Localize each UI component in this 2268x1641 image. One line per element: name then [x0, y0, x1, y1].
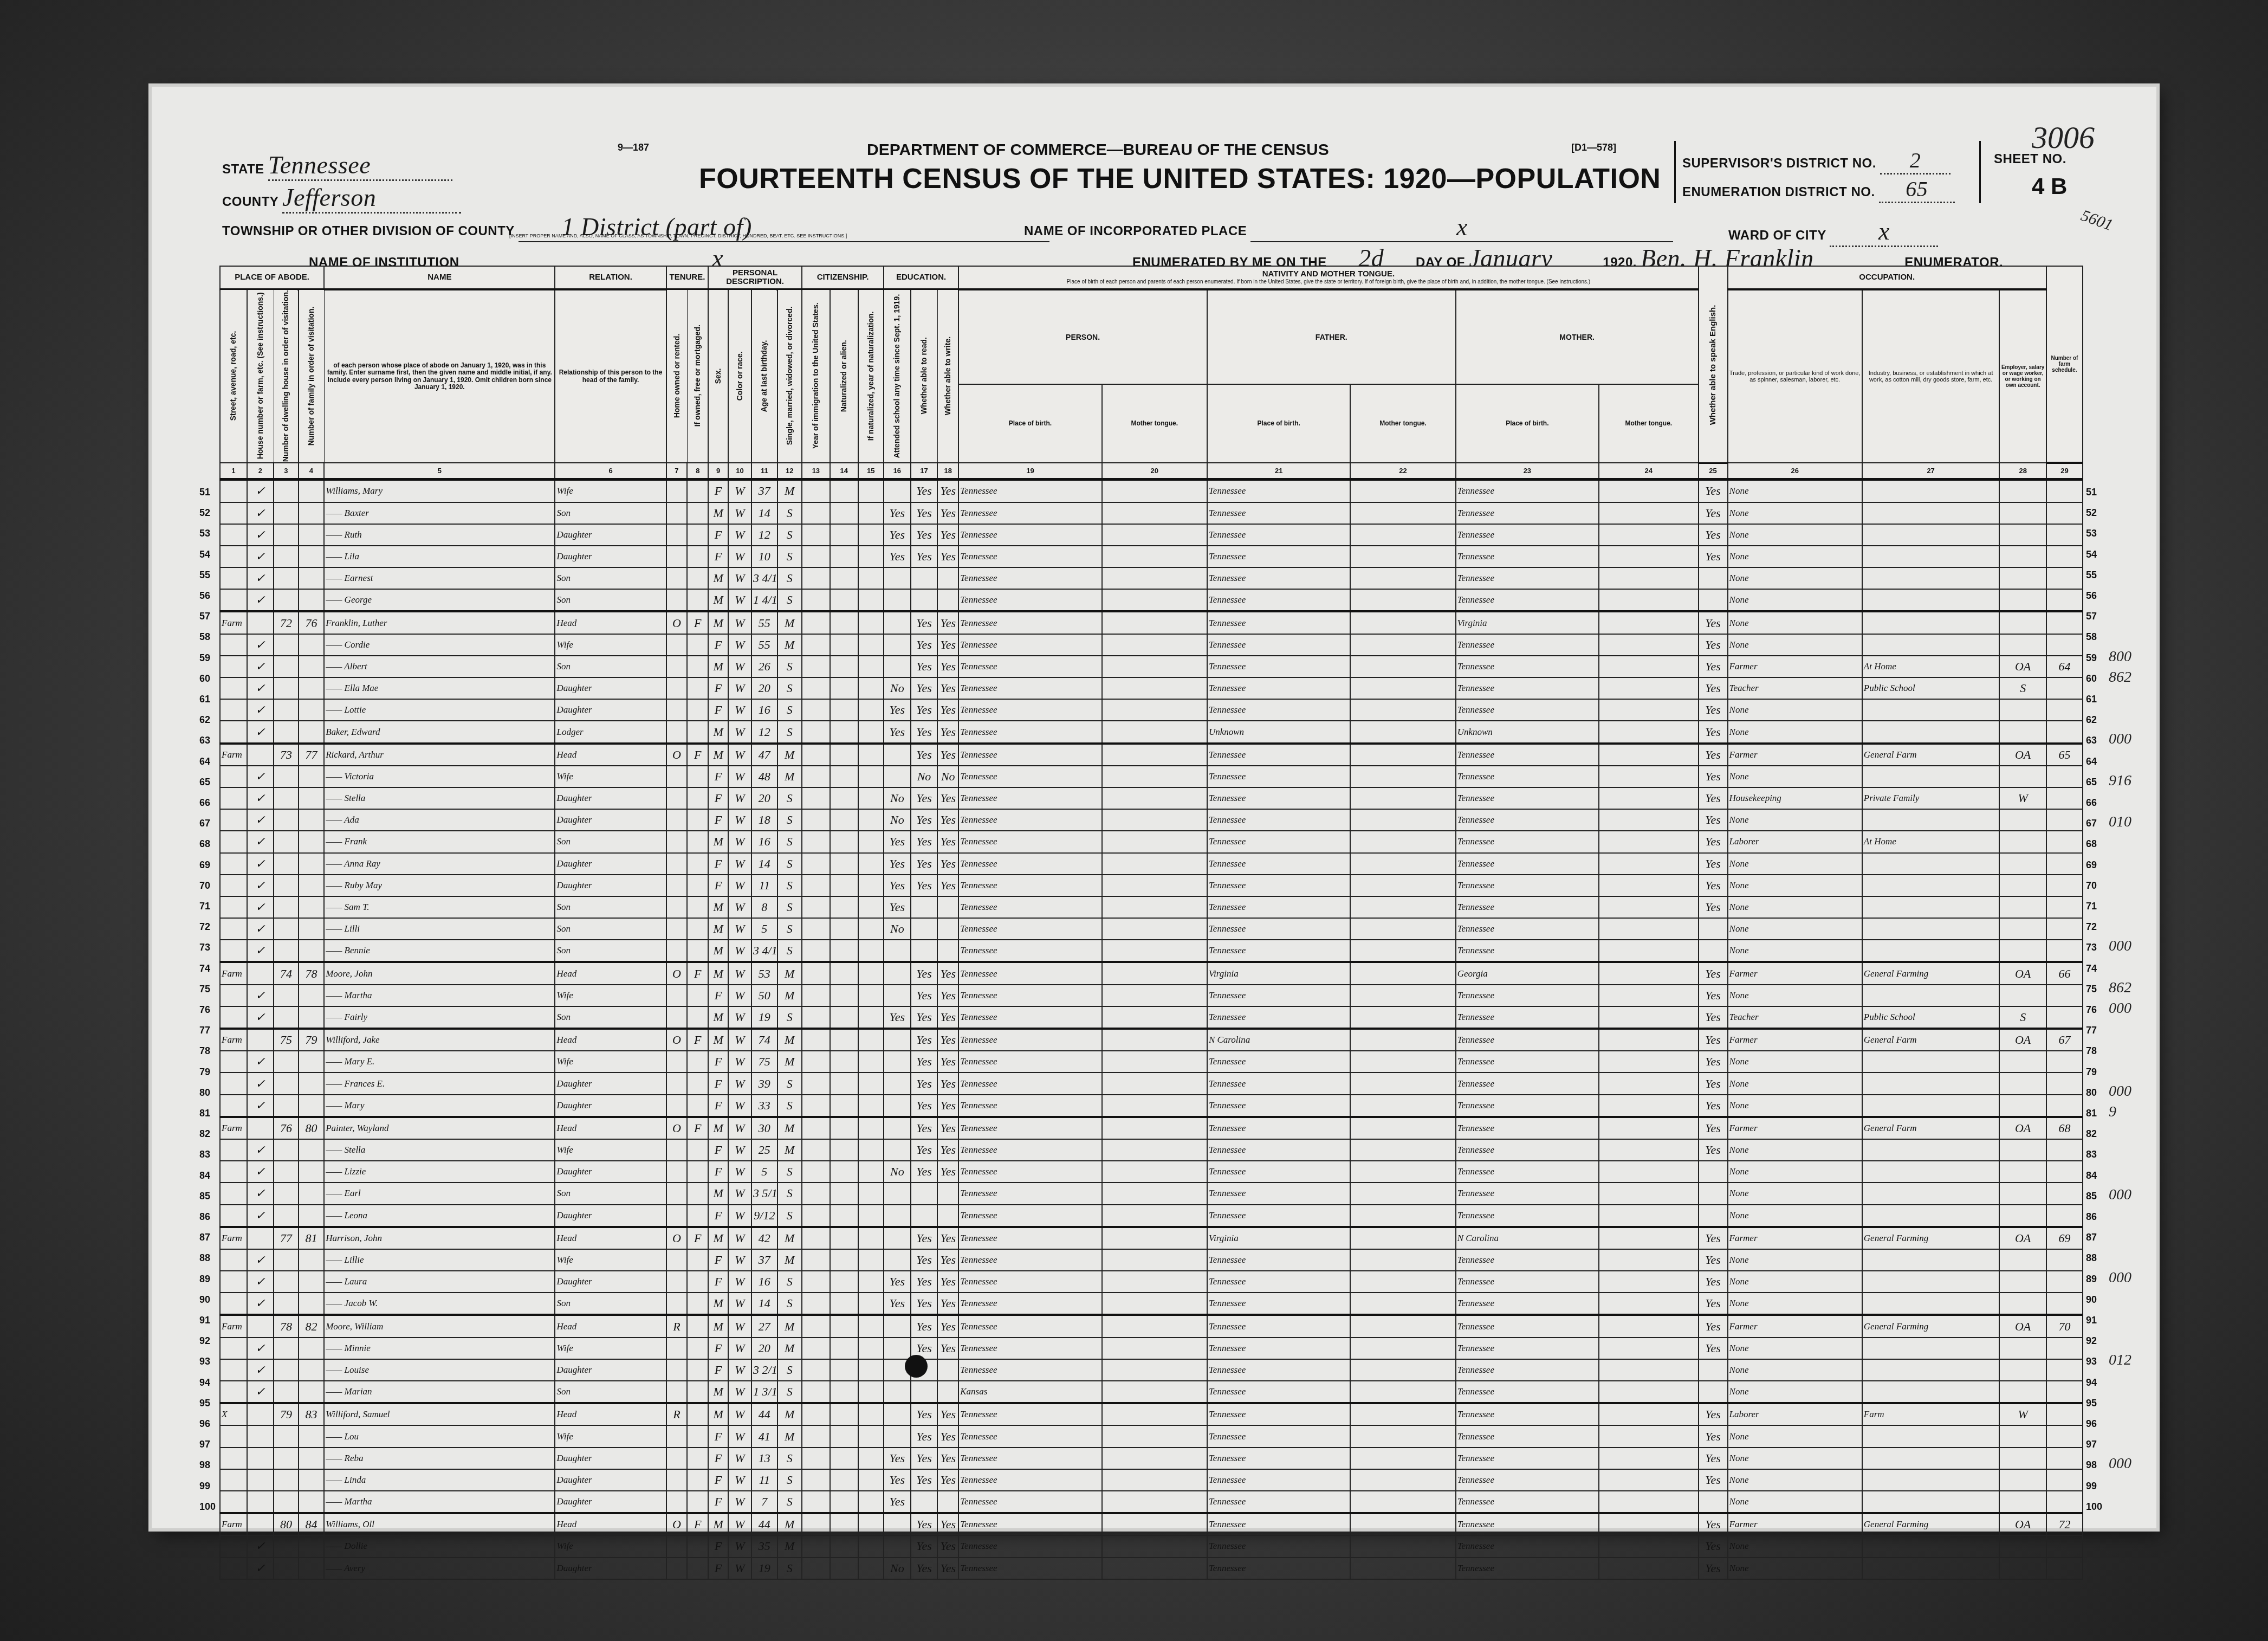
cell-birth: Tennessee	[958, 1315, 1101, 1337]
cell-marital: S	[777, 1095, 802, 1117]
cell-relation: Head	[555, 1227, 666, 1249]
cell-mortgage: F	[687, 611, 708, 634]
cell-house	[247, 1227, 274, 1249]
cell-write: Yes	[937, 1139, 958, 1161]
cell-relation: Wife	[555, 480, 666, 502]
cell-nat	[830, 1513, 858, 1535]
line-number: 90	[2086, 1294, 2097, 1306]
cell-family	[299, 1491, 325, 1513]
cell-age: 8	[751, 896, 777, 918]
cell-father_birth: Virginia	[1207, 1227, 1350, 1249]
cell-english	[1699, 940, 1728, 962]
cell-father_birth: Tennessee	[1207, 875, 1350, 896]
cell-mortgage	[687, 875, 708, 896]
cell-ftongue	[1350, 787, 1455, 809]
cell-marital: S	[777, 502, 802, 524]
cell-mortgage	[687, 1006, 708, 1029]
cell-farm	[2046, 1161, 2083, 1183]
line-number: 83	[199, 1149, 210, 1160]
cell-class	[1999, 1051, 2046, 1073]
cell-street: Farm	[220, 744, 247, 766]
cell-read: Yes	[911, 809, 938, 831]
cell-mother_birth: Tennessee	[1456, 1205, 1599, 1227]
cell-imm	[802, 1139, 830, 1161]
cell-industry: At Home	[1862, 656, 2000, 677]
cell-owned	[666, 1249, 688, 1271]
cell-sex: F	[708, 1205, 728, 1227]
cell-mtongue	[1599, 1381, 1699, 1403]
cell-natyr	[858, 1205, 884, 1227]
cell-name: —— Ruby May	[324, 875, 555, 896]
cell-ftongue	[1350, 962, 1455, 984]
cell-class: OA	[1999, 1513, 2046, 1535]
cell-family	[299, 985, 325, 1006]
cell-school	[884, 1403, 911, 1425]
cell-farm	[2046, 634, 2083, 656]
cell-class: OA	[1999, 656, 2046, 677]
cell-race: W	[728, 1073, 751, 1094]
cell-english: Yes	[1699, 1006, 1728, 1029]
cell-trade: None	[1728, 1271, 1862, 1293]
line-number: 64	[2086, 756, 2097, 767]
cell-house: ✓	[247, 524, 274, 546]
cell-age: 16	[751, 699, 777, 721]
group-relation: RELATION.	[555, 266, 666, 289]
cell-class	[1999, 1381, 2046, 1403]
cell-imm	[802, 677, 830, 699]
cell-age: 42	[751, 1227, 777, 1249]
cell-farm	[2046, 1073, 2083, 1094]
cell-race: W	[728, 787, 751, 809]
cell-marital: M	[777, 1249, 802, 1271]
cell-mortgage: F	[687, 962, 708, 984]
cell-read: Yes	[911, 546, 938, 567]
nativity-note: Place of birth of each person and parent…	[960, 279, 1696, 285]
cell-birth: Tennessee	[958, 962, 1101, 984]
cell-dwelling	[274, 721, 298, 743]
incorporated-value: x	[1250, 212, 1673, 242]
line-number: 69	[199, 860, 210, 871]
cell-dwelling	[274, 634, 298, 656]
cell-natyr	[858, 524, 884, 546]
cell-trade: Farmer	[1728, 1315, 1862, 1337]
cell-industry	[1862, 1051, 2000, 1073]
table-row: ✓—— Sam T.SonMW8SYesTennesseeTennesseeTe…	[220, 896, 2083, 918]
line-number: 78	[199, 1045, 210, 1057]
cell-ftongue	[1350, 1513, 1455, 1535]
cell-farm	[2046, 1205, 2083, 1227]
cell-street	[220, 766, 247, 787]
cell-age: 11	[751, 1469, 777, 1491]
cell-mother_birth: Tennessee	[1456, 480, 1599, 502]
cell-father_birth: Tennessee	[1207, 1161, 1350, 1183]
cell-write: Yes	[937, 1403, 958, 1425]
col-race: Color or race.	[728, 289, 751, 463]
cell-class	[1999, 1338, 2046, 1359]
colnum: 29	[2046, 463, 2083, 480]
cell-race: W	[728, 896, 751, 918]
cell-sex: M	[708, 1513, 728, 1535]
cell-industry	[1862, 1293, 2000, 1315]
cell-street	[220, 656, 247, 677]
cell-dwelling	[274, 809, 298, 831]
cell-father_birth: Tennessee	[1207, 1249, 1350, 1271]
cell-owned	[666, 1073, 688, 1094]
cell-relation: Head	[555, 962, 666, 984]
cell-marital: S	[777, 677, 802, 699]
form-number: 9—187	[618, 142, 649, 153]
cell-natyr	[858, 1029, 884, 1051]
cell-mortgage	[687, 940, 708, 962]
line-number: 86	[2086, 1211, 2097, 1223]
cell-owned	[666, 1205, 688, 1227]
cell-family	[299, 853, 325, 875]
cell-name: —— Lizzie	[324, 1161, 555, 1183]
cell-race: W	[728, 1448, 751, 1469]
cell-mother_birth: Tennessee	[1456, 985, 1599, 1006]
cell-english: Yes	[1699, 634, 1728, 656]
cell-dwelling	[274, 1359, 298, 1381]
cell-imm	[802, 1073, 830, 1094]
cell-house: ✓	[247, 1161, 274, 1183]
cell-read: Yes	[911, 1117, 938, 1139]
cell-relation: Wife	[555, 1139, 666, 1161]
cell-dwelling	[274, 787, 298, 809]
cell-family	[299, 699, 325, 721]
cell-imm	[802, 1227, 830, 1249]
cell-relation: Head	[555, 1117, 666, 1139]
cell-street	[220, 1535, 247, 1557]
cell-sex: F	[708, 1161, 728, 1183]
cell-ptongue	[1102, 1006, 1207, 1029]
cell-mother_birth: Tennessee	[1456, 567, 1599, 589]
cell-mortgage	[687, 1448, 708, 1469]
cell-father_birth: Tennessee	[1207, 831, 1350, 852]
line-number: 89	[2086, 1274, 2097, 1285]
cell-mortgage	[687, 766, 708, 787]
cell-write: Yes	[937, 1315, 958, 1337]
cell-house	[247, 744, 274, 766]
cell-ptongue	[1102, 634, 1207, 656]
cell-marital: S	[777, 1491, 802, 1513]
state-field: STATE Tennessee	[222, 151, 452, 181]
group-place-of-abode: PLACE OF ABODE.	[220, 266, 324, 289]
line-number: 92	[2086, 1335, 2097, 1347]
cell-english: Yes	[1699, 546, 1728, 567]
nativity-father: FATHER.	[1207, 289, 1456, 384]
line-number: 72	[2086, 921, 2097, 933]
cell-read: Yes	[911, 1029, 938, 1051]
cell-english: Yes	[1699, 1469, 1728, 1491]
cell-natyr	[858, 677, 884, 699]
cell-house	[247, 1403, 274, 1425]
cell-owned	[666, 1535, 688, 1557]
cell-family	[299, 831, 325, 852]
line-number: 55	[199, 570, 210, 581]
cell-ptongue	[1102, 1359, 1207, 1381]
cell-age: 3 4/12	[751, 940, 777, 962]
line-number: 60	[2086, 673, 2097, 684]
table-row: Farm7478Moore, JohnHeadOFMW53MYesYesTenn…	[220, 962, 2083, 984]
cell-farm	[2046, 546, 2083, 567]
cell-write: Yes	[937, 1513, 958, 1535]
cell-nat	[830, 853, 858, 875]
cell-sex: F	[708, 1073, 728, 1094]
cell-sex: F	[708, 1359, 728, 1381]
line-number: 89	[199, 1274, 210, 1285]
cell-dwelling: 80	[274, 1513, 298, 1535]
cell-natyr	[858, 1249, 884, 1271]
line-number: 71	[2086, 901, 2097, 912]
cell-birth: Tennessee	[958, 1029, 1101, 1051]
cell-father_birth: Tennessee	[1207, 1205, 1350, 1227]
cell-read: Yes	[911, 1227, 938, 1249]
cell-class	[1999, 1535, 2046, 1557]
cell-mother_birth: Tennessee	[1456, 1249, 1599, 1271]
cell-age: 19	[751, 1006, 777, 1029]
cell-class: OA	[1999, 1227, 2046, 1249]
cell-relation: Head	[555, 1315, 666, 1337]
cell-father_birth: Tennessee	[1207, 940, 1350, 962]
cell-owned	[666, 1448, 688, 1469]
cell-family	[299, 1006, 325, 1029]
cell-name: —— Lillie	[324, 1249, 555, 1271]
cell-nat	[830, 1338, 858, 1359]
cell-ptongue	[1102, 1513, 1207, 1535]
cell-read: Yes	[911, 1051, 938, 1073]
cell-natyr	[858, 1338, 884, 1359]
cell-write: Yes	[937, 1006, 958, 1029]
cell-mortgage	[687, 853, 708, 875]
line-number: 63	[2086, 735, 2097, 746]
cell-birth: Tennessee	[958, 1227, 1101, 1249]
cell-write	[937, 1381, 958, 1403]
table-row: ✓—— StellaDaughterFW20SNoYesYesTennessee…	[220, 787, 2083, 809]
cell-nat	[830, 1491, 858, 1513]
cell-dwelling: 75	[274, 1029, 298, 1051]
cell-write: Yes	[937, 699, 958, 721]
cell-sex: M	[708, 896, 728, 918]
col-speak-english: Whether able to speak English.	[1699, 266, 1728, 463]
cell-dwelling: 72	[274, 611, 298, 634]
cell-family	[299, 875, 325, 896]
cell-trade: Farmer	[1728, 962, 1862, 984]
cell-mother_birth: Tennessee	[1456, 1293, 1599, 1315]
cell-owned	[666, 853, 688, 875]
cell-age: 12	[751, 721, 777, 743]
table-row: ✓—— BennieSonMW3 4/12STennesseeTennessee…	[220, 940, 2083, 962]
cell-age: 74	[751, 1029, 777, 1051]
cell-dwelling	[274, 1249, 298, 1271]
cell-marital: M	[777, 744, 802, 766]
cell-mtongue	[1599, 589, 1699, 611]
cell-owned: R	[666, 1403, 688, 1425]
cell-read: Yes	[911, 853, 938, 875]
cell-natyr	[858, 567, 884, 589]
cell-ptongue	[1102, 721, 1207, 743]
cell-class	[1999, 1271, 2046, 1293]
cell-mtongue	[1599, 721, 1699, 743]
cell-marital: M	[777, 1513, 802, 1535]
cell-house: ✓	[247, 1183, 274, 1204]
cell-class	[1999, 1558, 2046, 1579]
cell-relation: Son	[555, 1006, 666, 1029]
cell-farm	[2046, 1006, 2083, 1029]
cell-school: Yes	[884, 875, 911, 896]
cell-birth: Tennessee	[958, 896, 1101, 918]
cell-ptongue	[1102, 1227, 1207, 1249]
cell-natyr	[858, 699, 884, 721]
cell-ftongue	[1350, 1117, 1455, 1139]
cell-relation: Daughter	[555, 1448, 666, 1469]
cell-ptongue	[1102, 567, 1207, 589]
cell-school	[884, 744, 911, 766]
cell-family	[299, 634, 325, 656]
cell-nat	[830, 677, 858, 699]
cell-mother_birth: Tennessee	[1456, 1535, 1599, 1557]
cell-mtongue	[1599, 1469, 1699, 1491]
cell-age: 5	[751, 918, 777, 940]
cell-write: Yes	[937, 809, 958, 831]
cell-industry: General Farming	[1862, 1227, 2000, 1249]
cell-ftongue	[1350, 1469, 1455, 1491]
cell-ptongue	[1102, 896, 1207, 918]
cell-father_birth: Tennessee	[1207, 787, 1350, 809]
cell-street	[220, 1293, 247, 1315]
cell-nat	[830, 918, 858, 940]
cell-school	[884, 940, 911, 962]
cell-class	[1999, 831, 2046, 852]
cell-owned	[666, 480, 688, 502]
cell-sex: M	[708, 1117, 728, 1139]
table-row: ✓—— Jacob W.SonMW14SYesYesYesTennesseeTe…	[220, 1293, 2083, 1315]
cell-street	[220, 567, 247, 589]
cell-father_birth: Tennessee	[1207, 1183, 1350, 1204]
cell-industry: General Farming	[1862, 1513, 2000, 1535]
cell-school	[884, 1338, 911, 1359]
line-number: 79	[199, 1067, 210, 1078]
cell-relation: Son	[555, 831, 666, 852]
cell-dwelling	[274, 1205, 298, 1227]
cell-english: Yes	[1699, 787, 1728, 809]
cell-birth: Tennessee	[958, 1095, 1101, 1117]
cell-mother_birth: Tennessee	[1456, 1425, 1599, 1447]
cell-industry	[1862, 1205, 2000, 1227]
cell-ftongue	[1350, 480, 1455, 502]
cell-birth: Tennessee	[958, 875, 1101, 896]
cell-school	[884, 589, 911, 611]
cell-nat	[830, 1249, 858, 1271]
cell-mtongue	[1599, 1006, 1699, 1029]
cell-sex: F	[708, 787, 728, 809]
colnum: 17	[911, 463, 938, 480]
cell-sex: M	[708, 1183, 728, 1204]
margin-annotation: 000	[2109, 731, 2131, 748]
cell-marital: S	[777, 1381, 802, 1403]
cell-sex: M	[708, 1029, 728, 1051]
cell-name: —— Albert	[324, 656, 555, 677]
cell-owned	[666, 721, 688, 743]
cell-industry: Farm	[1862, 1403, 2000, 1425]
cell-nat	[830, 1073, 858, 1094]
cell-imm	[802, 1315, 830, 1337]
cell-owned	[666, 1381, 688, 1403]
cell-owned	[666, 1183, 688, 1204]
cell-family	[299, 1205, 325, 1227]
table-row: ✓—— Mary E.WifeFW75MYesYesTennesseeTenne…	[220, 1051, 2083, 1073]
cell-natyr	[858, 1271, 884, 1293]
cell-sex: F	[708, 1139, 728, 1161]
cell-birth: Kansas	[958, 1381, 1101, 1403]
line-number: 77	[2086, 1025, 2097, 1036]
cell-race: W	[728, 1271, 751, 1293]
cell-father_birth: Tennessee	[1207, 480, 1350, 502]
cell-relation: Head	[555, 1513, 666, 1535]
cell-ptongue	[1102, 1183, 1207, 1204]
cell-imm	[802, 940, 830, 962]
cell-ptongue	[1102, 1205, 1207, 1227]
cell-imm	[802, 1161, 830, 1183]
cell-family	[299, 1558, 325, 1579]
cell-imm	[802, 1205, 830, 1227]
cell-school	[884, 766, 911, 787]
cell-marital: M	[777, 985, 802, 1006]
cell-relation: Wife	[555, 1425, 666, 1447]
cell-father_birth: Tennessee	[1207, 1293, 1350, 1315]
cell-family	[299, 1051, 325, 1073]
cell-ftongue	[1350, 918, 1455, 940]
cell-street	[220, 940, 247, 962]
cell-farm	[2046, 611, 2083, 634]
cell-race: W	[728, 1469, 751, 1491]
cell-race: W	[728, 1491, 751, 1513]
cell-ftongue	[1350, 1338, 1455, 1359]
cell-mother_birth: Tennessee	[1456, 634, 1599, 656]
cell-school	[884, 1117, 911, 1139]
cell-ftongue	[1350, 656, 1455, 677]
cell-read: Yes	[911, 1315, 938, 1337]
cell-natyr	[858, 1381, 884, 1403]
cell-school	[884, 1073, 911, 1094]
cell-father_birth: N Carolina	[1207, 1029, 1350, 1051]
cell-school	[884, 1029, 911, 1051]
line-number: 84	[2086, 1170, 2097, 1181]
table-row: ✓—— AlbertSonMW26SYesYesTennesseeTenness…	[220, 656, 2083, 677]
cell-age: 44	[751, 1513, 777, 1535]
cell-trade: None	[1728, 589, 1862, 611]
cell-street	[220, 853, 247, 875]
cell-industry	[1862, 1448, 2000, 1469]
group-education: EDUCATION.	[884, 266, 958, 289]
cell-natyr	[858, 1535, 884, 1557]
col-marital: Single, married, widowed, or divorced.	[777, 289, 802, 463]
margin-annotation: 9	[2109, 1103, 2116, 1121]
cell-street	[220, 634, 247, 656]
cell-english: Yes	[1699, 766, 1728, 787]
cell-family	[299, 1073, 325, 1094]
cell-imm	[802, 918, 830, 940]
cell-nat	[830, 1293, 858, 1315]
cell-marital: S	[777, 1558, 802, 1579]
cell-ftongue	[1350, 1491, 1455, 1513]
cell-farm	[2046, 1558, 2083, 1579]
cell-school: Yes	[884, 831, 911, 852]
cell-mortgage	[687, 502, 708, 524]
cell-trade: None	[1728, 1469, 1862, 1491]
cell-birth: Tennessee	[958, 1293, 1101, 1315]
cell-natyr	[858, 1448, 884, 1469]
table-row: ✓—— BaxterSonMW14SYesYesYesTennesseeTenn…	[220, 502, 2083, 524]
